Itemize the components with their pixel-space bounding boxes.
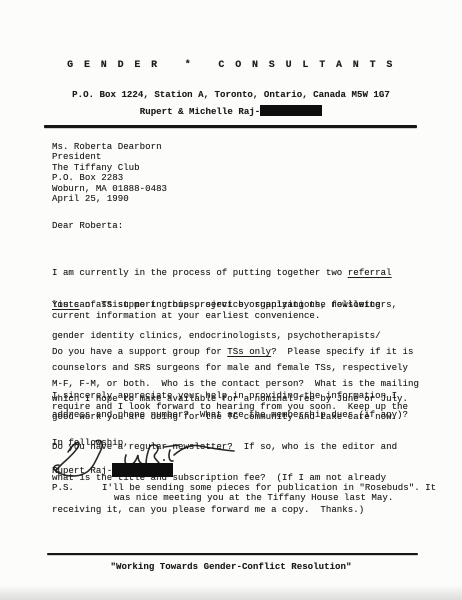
postscript-label: P.S. bbox=[52, 483, 74, 494]
body-paragraph-2: You can assist me in this project by sup… bbox=[52, 300, 381, 321]
letterhead-address: P.O. Box 1224, Station A, Toronto, Ontar… bbox=[0, 90, 462, 101]
salutation: Dear Roberta: bbox=[52, 221, 123, 232]
handwritten-signature bbox=[46, 438, 238, 484]
paragraph-text: Do you have a support group for bbox=[52, 346, 227, 357]
org-name: G E N D E R * C O N S U L T A N T S bbox=[0, 60, 462, 71]
letterhead-names-line: Rupert & Michelle Raj- bbox=[0, 105, 462, 118]
letterhead-rule bbox=[44, 125, 417, 128]
letterhead-names: Rupert & Michelle Raj- bbox=[140, 106, 261, 117]
underlined-phrase-referral: referral bbox=[348, 267, 392, 278]
date-line: April 25, 1990 bbox=[52, 194, 129, 205]
postscript-line-2: was nice meeting you at the Tiffany Hous… bbox=[114, 493, 393, 504]
underlined-phrase-tss-only: TSs only bbox=[227, 346, 271, 357]
paragraph-line: Do you have a support group for TSs only… bbox=[52, 347, 419, 358]
redaction-box-signature bbox=[112, 463, 173, 477]
paragraph-line: I am currently in the process of putting… bbox=[52, 268, 408, 279]
paragraph-text: I am currently in the process of putting… bbox=[52, 267, 348, 278]
paragraph-line: M-F, F-M, or both. Who is the contact pe… bbox=[52, 379, 419, 390]
body-paragraph-4: I sincerely appreciate your help in prov… bbox=[52, 391, 408, 423]
signed-name: Rupert Raj- bbox=[52, 466, 112, 477]
paragraph-text: ? Please specify if it is bbox=[271, 346, 413, 357]
redaction-box-letterhead bbox=[260, 105, 322, 117]
scanned-letter-page: G E N D E R * C O N S U L T A N T S P.O.… bbox=[0, 0, 462, 600]
footer-rule bbox=[47, 553, 418, 555]
postscript-block: P.S. I'll be sending some pieces for pub… bbox=[52, 483, 432, 507]
scan-edge-artifact bbox=[0, 585, 462, 600]
recipient-address-block: Ms. Roberta Dearborn President The Tiffa… bbox=[52, 142, 167, 195]
signed-name-line: Rupert Raj- bbox=[52, 465, 173, 477]
footer-slogan: "Working Towards Gender-Conflict Resolut… bbox=[0, 562, 462, 573]
